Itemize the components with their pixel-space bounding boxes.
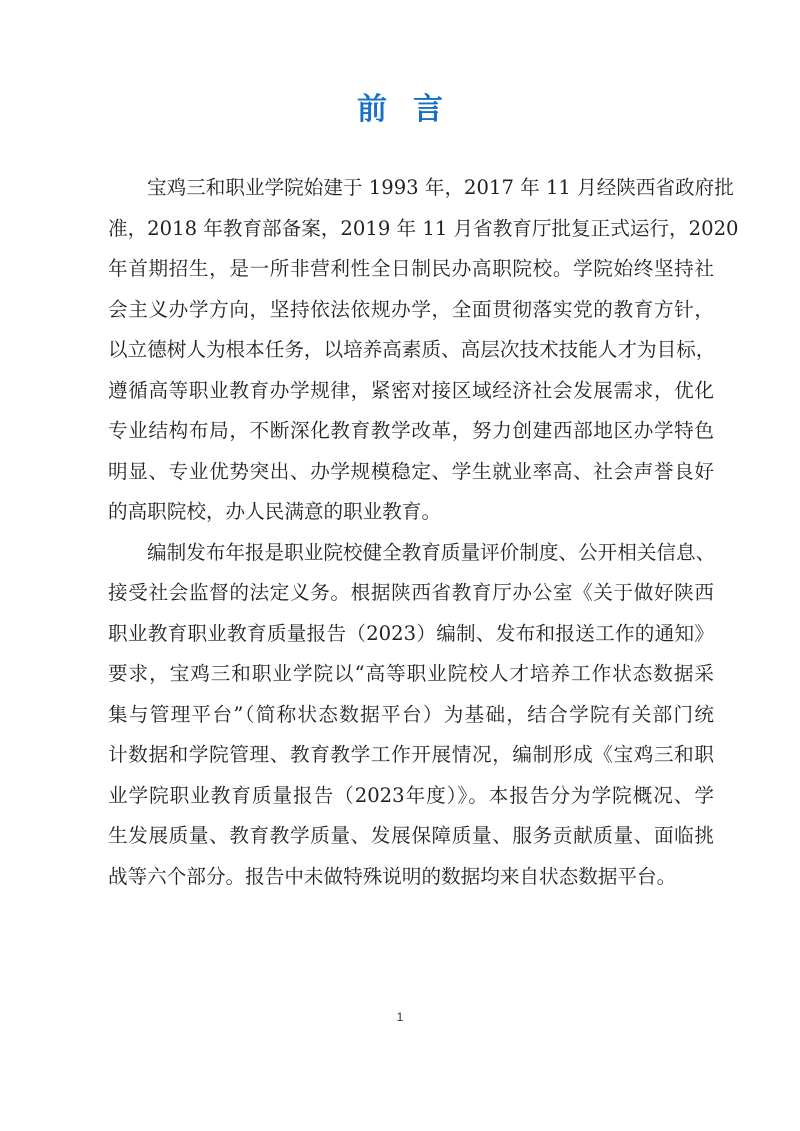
paragraph-2: 编制发布年报是职业院校健全教育质量评价制度、公开相关信息、 接受社会监督的法定义… <box>108 533 714 898</box>
text-line: 集与管理平台”（简称状态数据平台）为基础，结合学院有关部门统 <box>108 695 714 736</box>
text-line: 明显、专业优势突出、办学规模稳定、学生就业率高、社会声誉良好 <box>108 452 714 493</box>
text-line: 以立德树人为根本任务，以培养高素质、高层次技术技能人才为目标， <box>108 330 714 371</box>
text-line: 战等六个部分。报告中未做特殊说明的数据均来自状态数据平台。 <box>108 857 714 898</box>
text-line: 计数据和学院管理、教育教学工作开展情况，编制形成《宝鸡三和职 <box>108 735 714 776</box>
text-line: 准，2018 年教育部备案，2019 年 11 月省教育厅批复正式运行，2020 <box>108 209 714 250</box>
paragraph-1: 宝鸡三和职业学院始建于 1993 年，2017 年 11 月经陕西省政府批 准，… <box>108 168 714 533</box>
text-line: 遵循高等职业教育办学规律，紧密对接区域经济社会发展需求，优化 <box>108 371 714 412</box>
page-title: 前言 <box>0 88 800 132</box>
text-line: 编制发布年报是职业院校健全教育质量评价制度、公开相关信息、 <box>108 533 714 574</box>
text-line: 业学院职业教育质量报告（2023年度）》。本报告分为学院概况、学 <box>108 776 714 817</box>
text-line: 的高职院校，办人民满意的职业教育。 <box>108 492 714 533</box>
text-line: 要求，宝鸡三和职业学院以“高等职业院校人才培养工作状态数据采 <box>108 654 714 695</box>
page-number: 1 <box>0 1010 800 1024</box>
text-line: 专业结构布局，不断深化教育教学改革，努力创建西部地区办学特色 <box>108 411 714 452</box>
text-line: 会主义办学方向，坚持依法依规办学，全面贯彻落实党的教育方针， <box>108 290 714 331</box>
document-body: 宝鸡三和职业学院始建于 1993 年，2017 年 11 月经陕西省政府批 准，… <box>108 168 714 897</box>
text-line: 接受社会监督的法定义务。根据陕西省教育厅办公室《关于做好陕西 <box>108 573 714 614</box>
text-line: 年首期招生，是一所非营利性全日制民办高职院校。学院始终坚持社 <box>108 249 714 290</box>
text-line: 生发展质量、教育教学质量、发展保障质量、服务贡献质量、面临挑 <box>108 816 714 857</box>
text-line: 宝鸡三和职业学院始建于 1993 年，2017 年 11 月经陕西省政府批 <box>108 168 714 209</box>
text-line: 职业教育职业教育质量报告（2023）编制、发布和报送工作的通知》 <box>108 614 714 655</box>
document-page: 前言 宝鸡三和职业学院始建于 1993 年，2017 年 11 月经陕西省政府批… <box>0 0 800 1131</box>
